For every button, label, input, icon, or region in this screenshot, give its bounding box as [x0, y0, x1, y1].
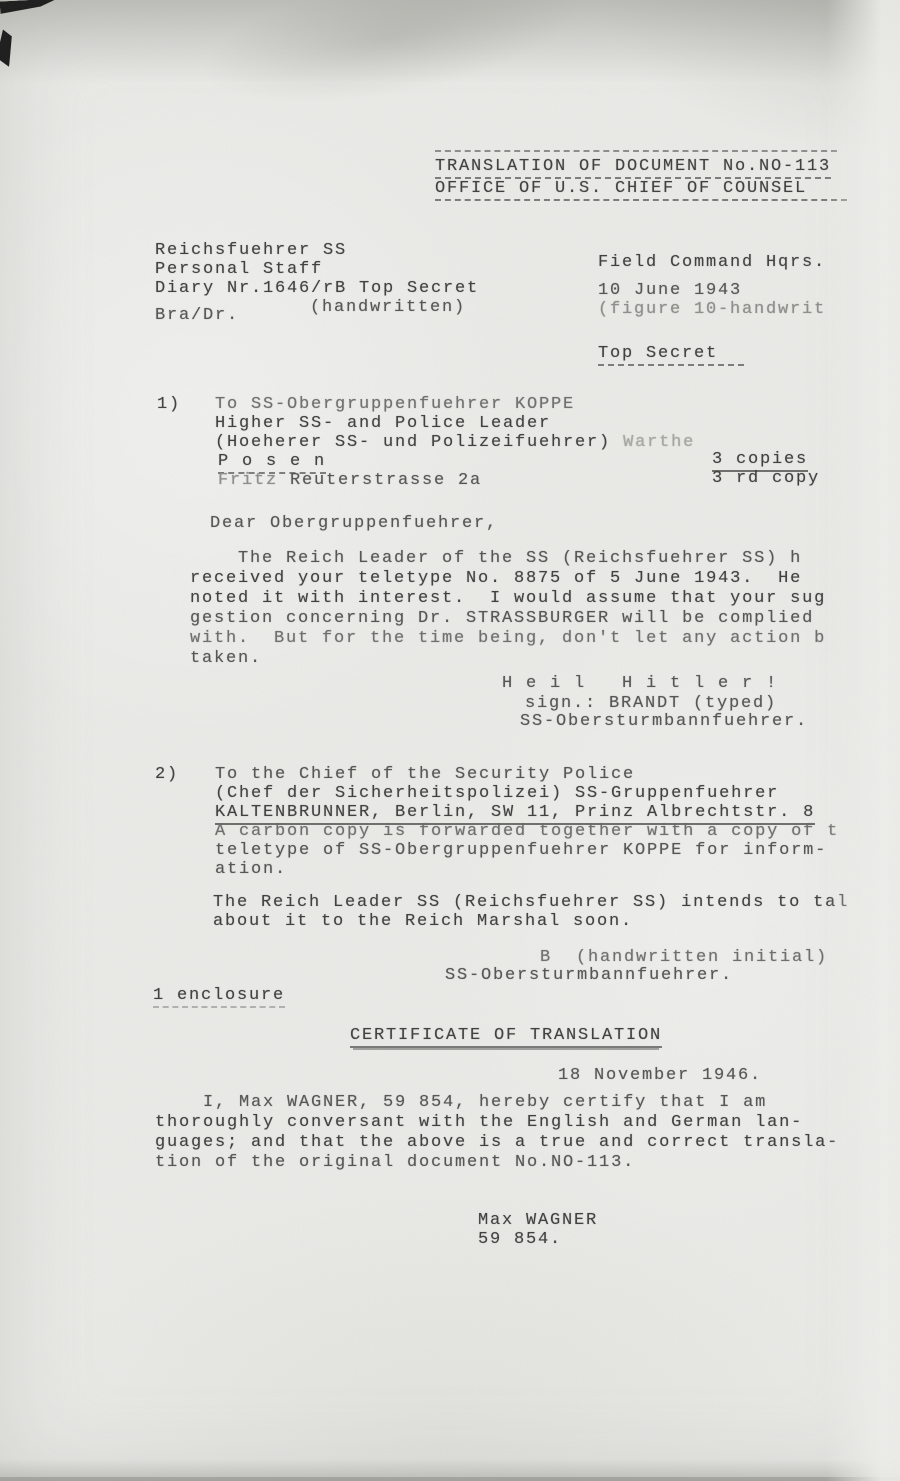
copy-number: 3 rd copy: [712, 469, 820, 488]
origin-date: 10 June 1943: [598, 281, 742, 300]
initial-rank: SS-Obersturmbannfuehrer.: [445, 966, 733, 985]
certificate-date: 18 November 1946.: [558, 1066, 762, 1085]
top-right-shadow: [600, 0, 900, 160]
item1-title-german: (Hoeherer SS- und Polizeifuehrer): [215, 433, 611, 452]
body1-line-6: taken.: [190, 649, 262, 668]
certificate-line-2: thoroughly conversant with the English a…: [155, 1113, 803, 1132]
enclosure-note: 1 enclosure: [153, 986, 285, 1008]
closing-signature: sign.: BRANDT (typed): [525, 694, 777, 713]
scan-edge-fade: [826, 0, 900, 1481]
sender-handwritten-note: (handwritten): [310, 298, 466, 317]
certificate-line-3: guages; and that the above is a true and…: [155, 1133, 839, 1152]
salutation: Dear Obergruppenfuehrer,: [210, 514, 498, 533]
stamp-overline: [435, 150, 837, 154]
translator-name: Max WAGNER: [478, 1211, 598, 1230]
body1-line-1: The Reich Leader of the SS (Reichsfuehre…: [190, 549, 802, 568]
item1-street-line: FritzReuterstrasse 2a: [218, 471, 482, 490]
corner-ink-mark: [0, 0, 58, 15]
body1-line-4: gestion concerning Dr. STRASSBURGER will…: [190, 609, 814, 628]
item1-region: Warthe: [623, 433, 695, 452]
item2-line-4: A carbon copy is forwarded together with…: [215, 822, 839, 841]
stamp-line-1: TRANSLATION OF DOCUMENT No.NO-113: [435, 157, 831, 179]
certificate-line-4: tion of the original document No.NO-113.: [155, 1153, 635, 1172]
stamp-line-2: OFFICE OF U.S. CHIEF OF COUNSEL: [435, 179, 847, 201]
item1-street: Reuterstrasse 2a: [290, 471, 482, 490]
scanned-document-page: TRANSLATION OF DOCUMENT No.NO-113 OFFICE…: [0, 0, 900, 1481]
item2-line-5: teletype of SS-Obergruppenfuehrer KOPPE …: [215, 841, 827, 860]
bottom-scan-edge: [0, 1477, 900, 1481]
item2-line-1: To the Chief of the Security Police: [215, 765, 635, 784]
top-crease-shadow: [0, 0, 900, 105]
item2-line-2: (Chef der Sicherheitspolizei) SS-Gruppen…: [215, 784, 779, 803]
item2-line-6: ation.: [215, 860, 287, 879]
item1-addressee: To SS-Obergruppenfuehrer KOPPE: [215, 395, 575, 414]
diagonal-fold-shadow: [159, 0, 621, 157]
body1-line-2: received your teletype No. 8875 of 5 Jun…: [190, 569, 802, 588]
item1-street-prefix: Fritz: [218, 471, 278, 490]
body1-line-3: noted it with interest. I would assume t…: [190, 589, 826, 608]
item1-title: Higher SS- and Police Leader: [215, 414, 551, 433]
classification-top-secret: Top Secret: [598, 344, 744, 366]
closing-rank: SS-Obersturmbannfuehrer.: [520, 712, 808, 731]
translator-number: 59 854.: [478, 1230, 562, 1249]
sender-diary-ref: Diary Nr.1646/rB Top Secret: [155, 279, 479, 298]
body2-line-1: The Reich Leader SS (Reichsfuehrer SS) i…: [213, 893, 849, 912]
sender-initials-ref: Bra/Dr.: [155, 306, 239, 325]
item1-number: 1): [157, 395, 181, 414]
initial-line: B (handwritten initial): [540, 948, 828, 967]
sender-org: Reichsfuehrer SS: [155, 241, 347, 260]
paper-texture: [0, 0, 900, 1481]
item1-title-german-line: (Hoeherer SS- und Polizeifuehrer)Warthe: [215, 433, 695, 452]
right-edge-shadow: [870, 0, 900, 1481]
bottom-edge-shadow: [0, 1459, 900, 1481]
origin-hq: Field Command Hqrs.: [598, 253, 826, 272]
certificate-line-1: I, Max WAGNER, 59 854, hereby certify th…: [155, 1093, 767, 1112]
corner-ink-mark-2: [0, 29, 15, 67]
item2-number: 2): [155, 765, 179, 784]
origin-date-note: (figure 10-handwrit: [598, 300, 826, 319]
certificate-title: CERTIFICATE OF TRANSLATION: [350, 1026, 662, 1048]
sender-dept: Personal Staff: [155, 260, 323, 279]
body2-line-2: about it to the Reich Marshal soon.: [213, 912, 633, 931]
body1-line-5: with. But for the time being, don't let …: [190, 629, 826, 648]
closing-heil-hitler: H e i l H i t l e r !: [502, 674, 778, 693]
